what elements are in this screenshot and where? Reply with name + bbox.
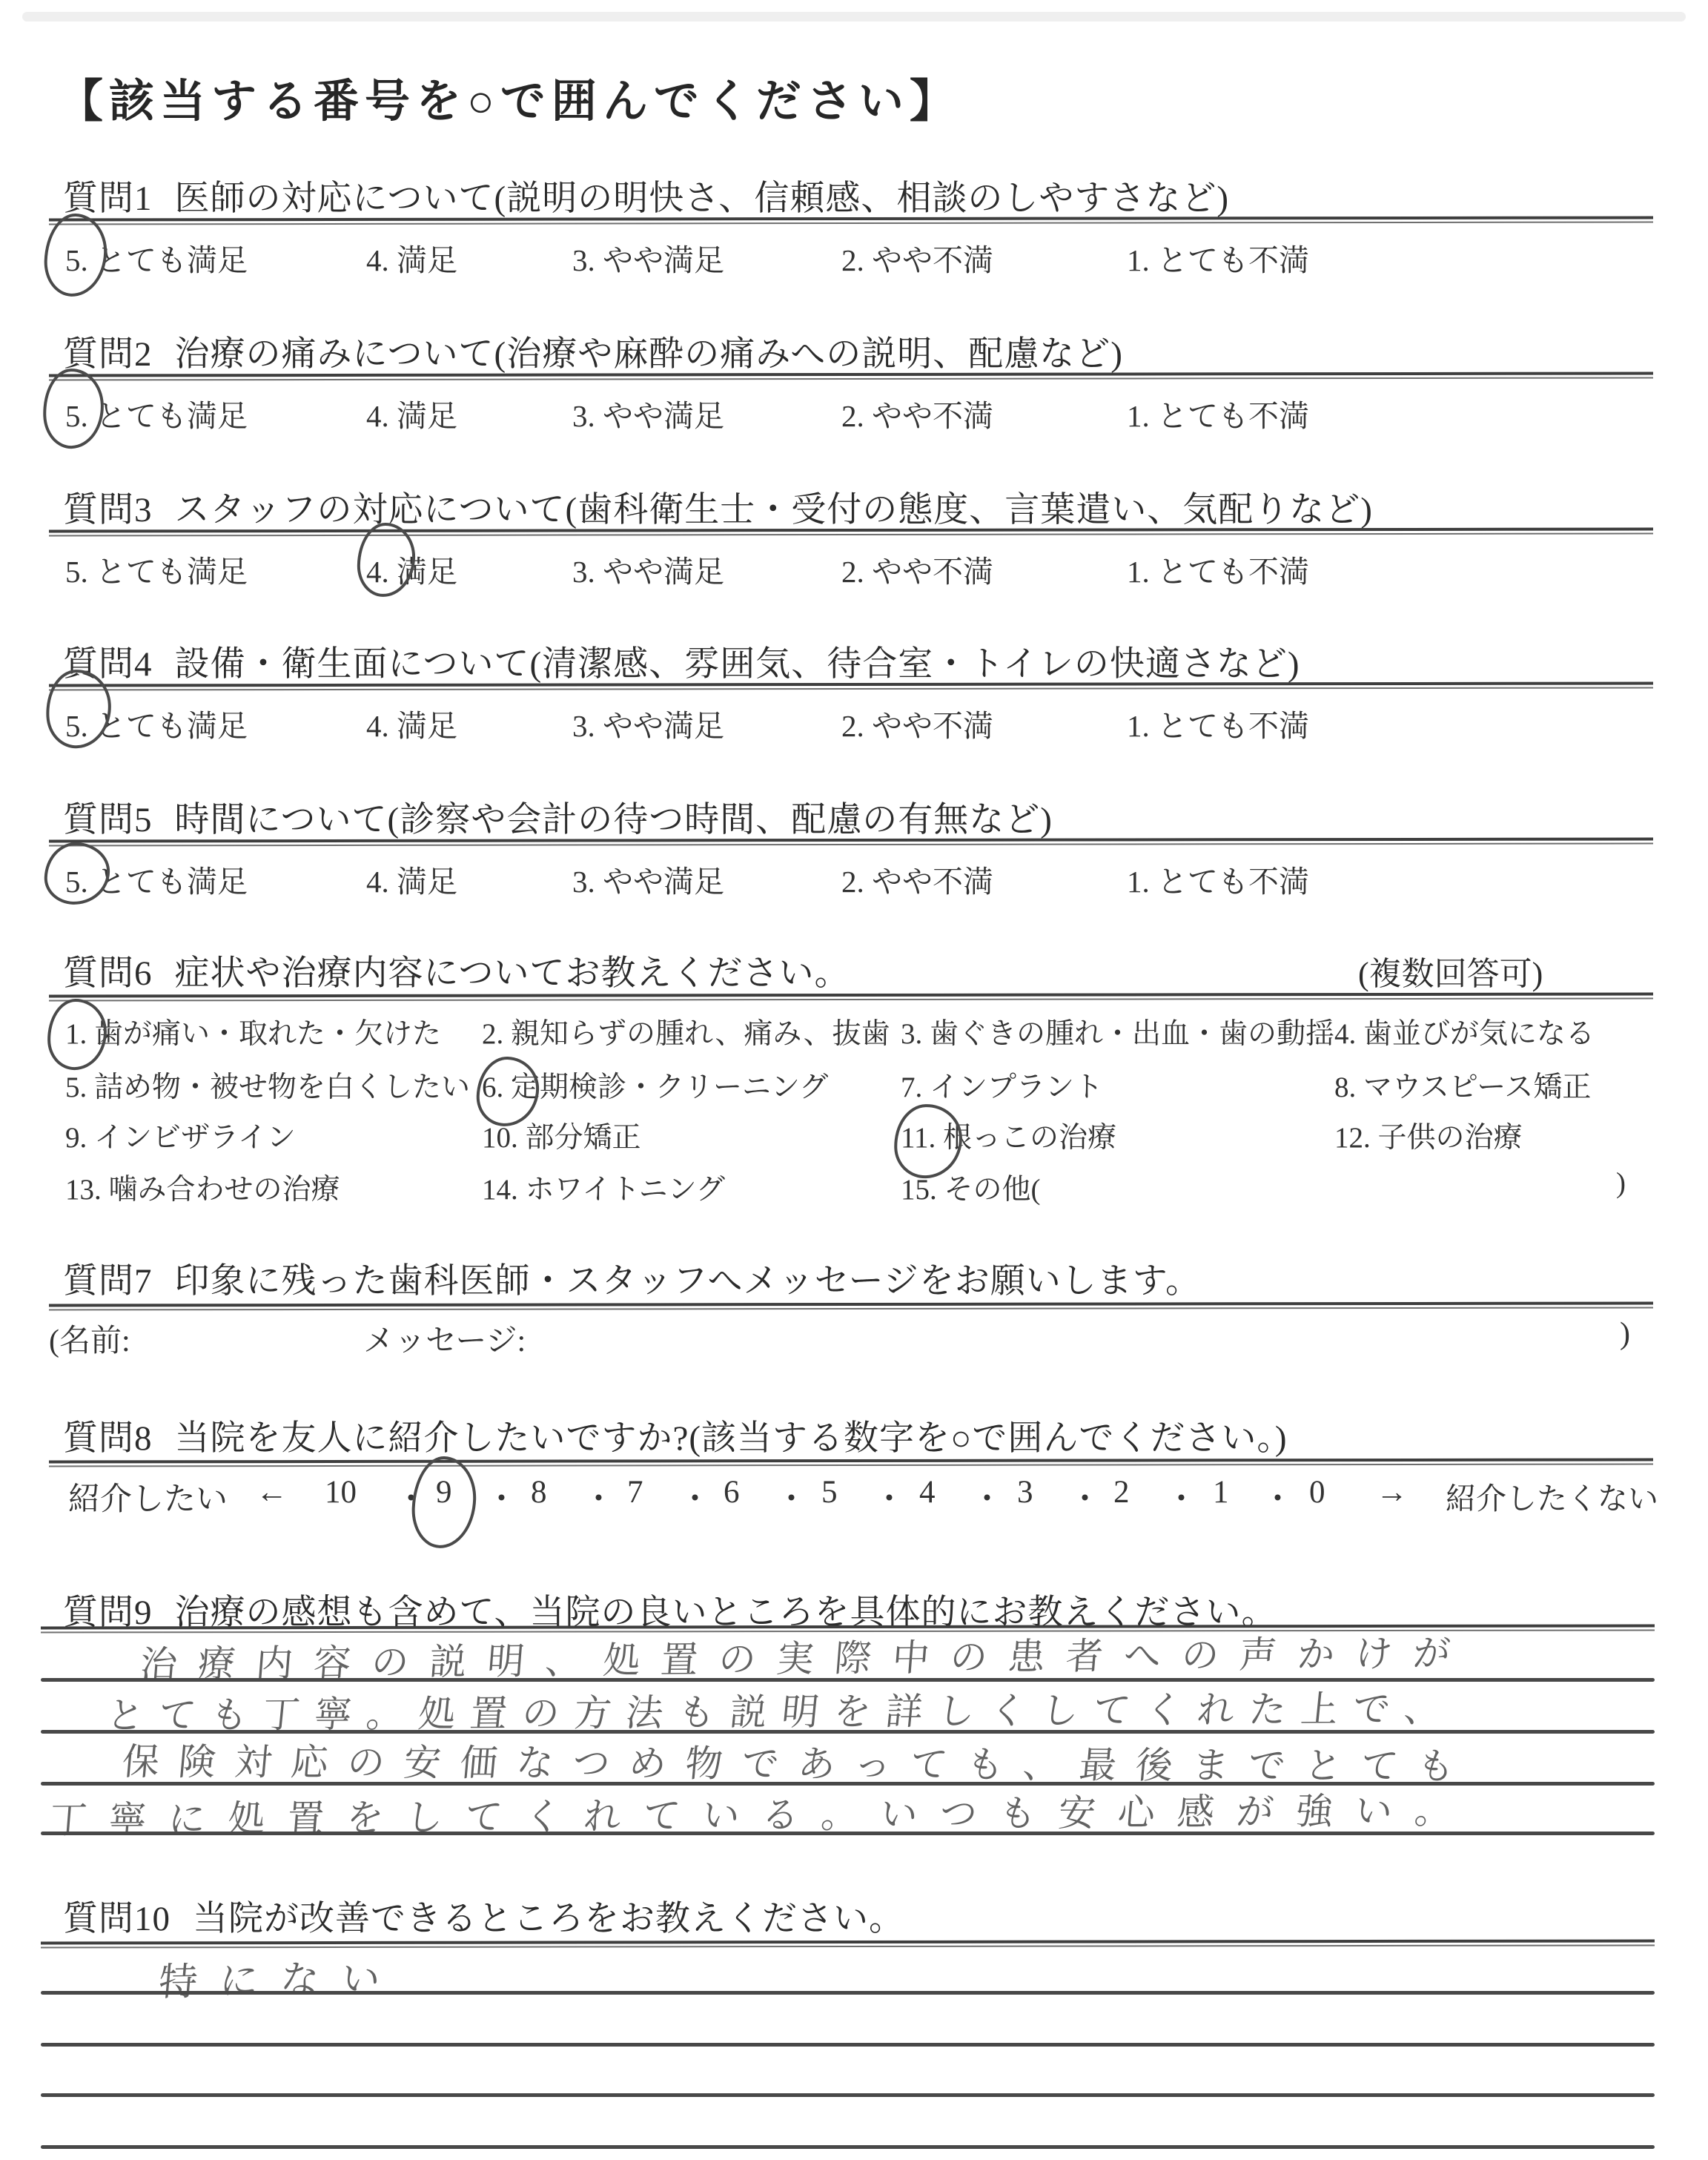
question-10-section: 質問10 当院が改善できるところをお教えください。 特にない xyxy=(0,1891,1708,2158)
q2-option-3: 3. やや満足 xyxy=(572,392,724,435)
q8-number-1: 1 xyxy=(1213,1474,1229,1510)
q8-number-2: 2 xyxy=(1113,1474,1130,1510)
divider-line xyxy=(49,1301,1653,1310)
q3-option-1: 1. とても不満 xyxy=(1127,547,1309,591)
question-8-label: 質問8 xyxy=(63,1410,153,1460)
question-4-heading: 設備・衛生面について(清潔感、雰囲気、待合室・トイレの快適さなど) xyxy=(175,636,1300,686)
q6-option-13: 13. 噛み合わせの治療 xyxy=(65,1166,340,1208)
q6-option-1: 1. 歯が痛い・取れた・欠けた xyxy=(65,1011,441,1052)
question-2-heading: 治療の痛みについて(治療や麻酔の痛みへの説明、配慮など) xyxy=(175,326,1123,376)
question-8-heading: 当院を友人に紹介したいですか?(該当する数字を○で囲んでください。) xyxy=(175,1410,1288,1460)
q6-option-14: 14. ホワイトニング xyxy=(482,1166,725,1208)
q7-message-label: メッセージ: xyxy=(363,1316,526,1361)
q3-option-3: 3. やや満足 xyxy=(572,547,724,591)
q6-option-9: 9. インビザライン xyxy=(65,1114,296,1156)
q6-option-4: 4. 歯並びが気になる xyxy=(1334,1011,1595,1052)
question-5-label: 質問5 xyxy=(63,792,153,842)
question-4-heading-row: 質問4 設備・衛生面について(清潔感、雰囲気、待合室・トイレの快適さなど) xyxy=(63,636,1300,686)
divider-line xyxy=(49,992,1653,1001)
question-5-heading: 時間について(診察や会計の待つ時間、配慮の有無など) xyxy=(175,792,1053,842)
question-5-section: 質問5 時間について(診察や会計の待つ時間、配慮の有無など) 5. とても満足 … xyxy=(0,792,1708,940)
q8-left-label: 紹介したい xyxy=(68,1474,228,1519)
question-6-heading: 症状や治療内容についてお教えください。 xyxy=(175,945,850,995)
question-1-heading-row: 質問1 医師の対応について(説明の明快さ、信頼感、相談のしやすさなど) xyxy=(63,171,1229,220)
question-2-heading-row: 質問2 治療の痛みについて(治療や麻酔の痛みへの説明、配慮など) xyxy=(63,326,1123,376)
question-4-section: 質問4 設備・衛生面について(清潔感、雰囲気、待合室・トイレの快適さなど) 5.… xyxy=(0,636,1708,785)
q6-option-15-close-paren: ) xyxy=(1616,1166,1626,1200)
q6-option-2: 2. 親知らずの腫れ、痛み、抜歯 xyxy=(482,1011,890,1052)
q2-option-2: 2. やや不満 xyxy=(841,392,993,435)
q8-number-6: 6 xyxy=(724,1474,740,1510)
question-10-heading: 当院が改善できるところをお教えください。 xyxy=(193,1891,904,1941)
q7-close-paren: ) xyxy=(1620,1316,1630,1352)
divider-line xyxy=(49,1458,1653,1467)
q1-option-3: 3. やや満足 xyxy=(572,236,724,280)
q10-handwritten-answer: 特にない xyxy=(156,1946,405,2007)
q8-dot: ・ xyxy=(583,1474,615,1519)
q6-option-8: 8. マウスピース矯正 xyxy=(1334,1064,1591,1106)
question-8-section: 質問8 当院を友人に紹介したいですか?(該当する数字を○で囲んでください。) 紹… xyxy=(0,1410,1708,1559)
question-3-label: 質問3 xyxy=(63,482,153,532)
q5-option-1: 1. とても不満 xyxy=(1127,857,1309,901)
q8-right-label: 紹介したくない xyxy=(1446,1474,1658,1518)
q8-dot: ・ xyxy=(1165,1474,1197,1519)
divider-line xyxy=(49,681,1653,690)
question-7-heading: 印象に残った歯科医師・スタッフへメッセージをお願いします。 xyxy=(175,1253,1201,1303)
q8-dot: ・ xyxy=(1262,1474,1294,1519)
q8-number-10: 10 xyxy=(325,1474,357,1510)
question-6-heading-row: 質問6 症状や治療内容についてお教えください。 xyxy=(63,945,850,995)
q1-option-4: 4. 満足 xyxy=(366,236,457,280)
divider-line xyxy=(41,1939,1655,1948)
question-1-section: 質問1 医師の対応について(説明の明快さ、信頼感、相談のしやすさなど) 5. と… xyxy=(0,171,1708,319)
answer-ruled-line xyxy=(41,1832,1655,1835)
q8-dot: ・ xyxy=(873,1474,905,1519)
question-3-heading: スタッフの対応について(歯科衛生士・受付の態度、言葉遣い、気配りなど) xyxy=(175,482,1373,532)
q2-option-4: 4. 満足 xyxy=(366,392,457,435)
question-7-heading-row: 質問7 印象に残った歯科医師・スタッフへメッセージをお願いします。 xyxy=(63,1253,1201,1303)
q1-option-1: 1. とても不満 xyxy=(1127,236,1309,280)
question-1-label: 質問1 xyxy=(63,171,153,220)
question-7-section: 質問7 印象に残った歯科医師・スタッフへメッセージをお願いします。 (名前: メ… xyxy=(0,1253,1708,1387)
q4-option-4: 4. 満足 xyxy=(366,701,457,745)
q8-dot: ・ xyxy=(486,1474,517,1519)
q4-option-3: 3. やや満足 xyxy=(572,701,724,745)
divider-line xyxy=(49,527,1653,536)
question-10-heading-row: 質問10 当院が改善できるところをお教えください。 xyxy=(63,1891,904,1941)
q6-option-5: 5. 詰め物・被せ物を白くしたい xyxy=(65,1064,470,1106)
question-5-heading-row: 質問5 時間について(診察や会計の待つ時間、配慮の有無など) xyxy=(63,792,1053,842)
question-9-section: 質問9 治療の感想も含めて、当院の良いところを具体的にお教えください。 治療内容… xyxy=(0,1585,1708,1852)
q3-option-5: 5. とても満足 xyxy=(65,547,248,591)
question-8-heading-row: 質問8 当院を友人に紹介したいですか?(該当する数字を○で囲んでください。) xyxy=(63,1410,1288,1460)
q8-number-8: 8 xyxy=(531,1474,547,1510)
q4-option-2: 2. やや不満 xyxy=(841,701,993,745)
answer-ruled-line xyxy=(41,2145,1655,2149)
q8-number-4: 4 xyxy=(919,1474,936,1510)
page-title: 【該当する番号を○で囲んでください】 xyxy=(58,65,961,130)
answer-ruled-line xyxy=(41,1991,1655,1995)
q4-option-1: 1. とても不満 xyxy=(1127,701,1309,745)
q8-number-3: 3 xyxy=(1017,1474,1033,1510)
question-3-section: 質問3 スタッフの対応について(歯科衛生士・受付の態度、言葉遣い、気配りなど) … xyxy=(0,482,1708,630)
q2-option-1: 1. とても不満 xyxy=(1127,392,1309,435)
question-6-note: (複数回答可) xyxy=(1358,947,1543,994)
q3-option-2: 2. やや不満 xyxy=(841,547,993,591)
q8-dot: ・ xyxy=(775,1474,807,1519)
q1-option-2: 2. やや不満 xyxy=(841,236,993,280)
q5-option-2: 2. やや不満 xyxy=(841,857,993,901)
q6-option-3: 3. 歯ぐきの腫れ・出血・歯の動揺 xyxy=(901,1011,1334,1052)
answer-ruled-line xyxy=(41,2093,1655,2097)
answer-ruled-line xyxy=(41,2043,1655,2047)
q6-option-7: 7. インプラント xyxy=(901,1064,1103,1106)
questionnaire-page: 【該当する番号を○で囲んでください】 質問1 医師の対応について(説明の明快さ、… xyxy=(0,0,1708,2160)
q8-number-0: 0 xyxy=(1309,1474,1325,1510)
divider-line xyxy=(49,371,1653,380)
question-7-label: 質問7 xyxy=(63,1253,153,1303)
question-6-label: 質問6 xyxy=(63,945,153,995)
q5-option-4: 4. 満足 xyxy=(366,857,457,901)
scan-artifact-top xyxy=(22,12,1686,22)
question-1-heading: 医師の対応について(説明の明快さ、信頼感、相談のしやすさなど) xyxy=(175,171,1229,220)
q8-number-7: 7 xyxy=(627,1474,643,1510)
q7-name-label: (名前: xyxy=(49,1316,130,1361)
q8-left-arrow-icon: ← xyxy=(256,1474,288,1510)
q8-dot: ・ xyxy=(1069,1474,1101,1519)
question-10-label: 質問10 xyxy=(63,1891,171,1941)
q8-dot: ・ xyxy=(971,1474,1003,1519)
q8-dot: ・ xyxy=(679,1474,711,1519)
question-2-section: 質問2 治療の痛みについて(治療や麻酔の痛みへの説明、配慮など) 5. とても満… xyxy=(0,326,1708,475)
q6-option-12: 12. 子供の治療 xyxy=(1334,1114,1523,1156)
q5-option-3: 3. やや満足 xyxy=(572,857,724,901)
divider-line xyxy=(49,837,1653,846)
question-3-heading-row: 質問3 スタッフの対応について(歯科衛生士・受付の態度、言葉遣い、気配りなど) xyxy=(63,482,1373,532)
q8-right-arrow-icon: → xyxy=(1376,1474,1408,1510)
q8-number-5: 5 xyxy=(821,1474,838,1510)
divider-line xyxy=(49,216,1653,225)
question-6-section: 質問6 症状や治療内容についてお教えください。 (複数回答可) 1. 歯が痛い・… xyxy=(0,945,1708,1227)
